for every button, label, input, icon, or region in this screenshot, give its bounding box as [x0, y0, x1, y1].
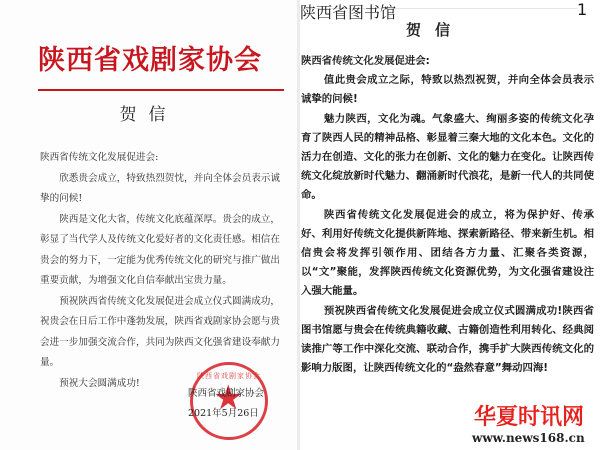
paragraph: 欣悉贵会成立，特致热烈贺忱，并向全体会员表示诚挚的问候! — [40, 169, 280, 210]
signature-partial: 陕西省图书馆 — [300, 0, 396, 23]
site-watermark: 华夏时讯网 www.news168.cn — [468, 400, 600, 450]
paragraph: 陕西是文化大省，传统文化底蕴深厚。贵会的成立，彰显了当代学人及传统文化爱好者的文… — [40, 210, 280, 292]
watermark-url: www.news168.cn — [472, 431, 585, 445]
signature-block: 陕西省戏剧家协会 2021年5月26日 — [188, 384, 288, 424]
letter-body: 陕西省传统文化发展促进会: 欣悉贵会成立，特致热烈贺忱，并向全体会员表示诚挚的问… — [40, 148, 280, 394]
doc-title: 贺信 — [0, 100, 297, 125]
org-title: 陕西省戏剧家协会 — [38, 38, 288, 77]
watermark-brand: 华夏时讯网 — [474, 400, 584, 431]
left-letter: 陕西省戏剧家协会 贺信 陕西省传统文化发展促进会: 欣悉贵会成立，特致热烈贺忱，… — [0, 0, 297, 450]
paragraph: 预祝陕西省传统文化发展促进会成立仪式圆满成功!陕西省图书馆愿与贵会在传统典籍收藏… — [301, 302, 594, 379]
salutation: 陕西省传统文化发展促进会: — [301, 52, 594, 71]
red-divider-rule — [38, 89, 284, 91]
salutation: 陕西省传统文化发展促进会: — [40, 148, 280, 169]
paragraph: 魅力陕西，文化为魂。气象盛大、绚丽多姿的传统文化孕育了陕西人民的精神品格、彰显着… — [301, 110, 594, 206]
right-letter: 贺信 陕西省传统文化发展促进会: 值此贵会成立之际，特致以热烈祝贺，并向全体会员… — [300, 0, 600, 450]
letter-body: 陕西省传统文化发展促进会: 值此贵会成立之际，特致以热烈祝贺，并向全体会员表示诚… — [301, 52, 594, 378]
paragraph: 预祝陕西省传统文化发展促进会成立仪式圆满成功，祝贵会在日后工作中蓬勃发展，陕西省… — [40, 292, 280, 374]
paragraph: 值此贵会成立之际，特致以热烈祝贺，并向全体会员表示诚挚的问候! — [301, 71, 594, 109]
date: 2021年5月26日 — [188, 404, 288, 424]
signature: 陕西省戏剧家协会 — [188, 384, 288, 404]
paragraph: 陕西省传统文化发展促进会的成立，将为保护好、传承好、利用好传统文化提供新阵地、探… — [301, 206, 594, 302]
page-number-badge[interactable]: 1 — [577, 0, 600, 34]
